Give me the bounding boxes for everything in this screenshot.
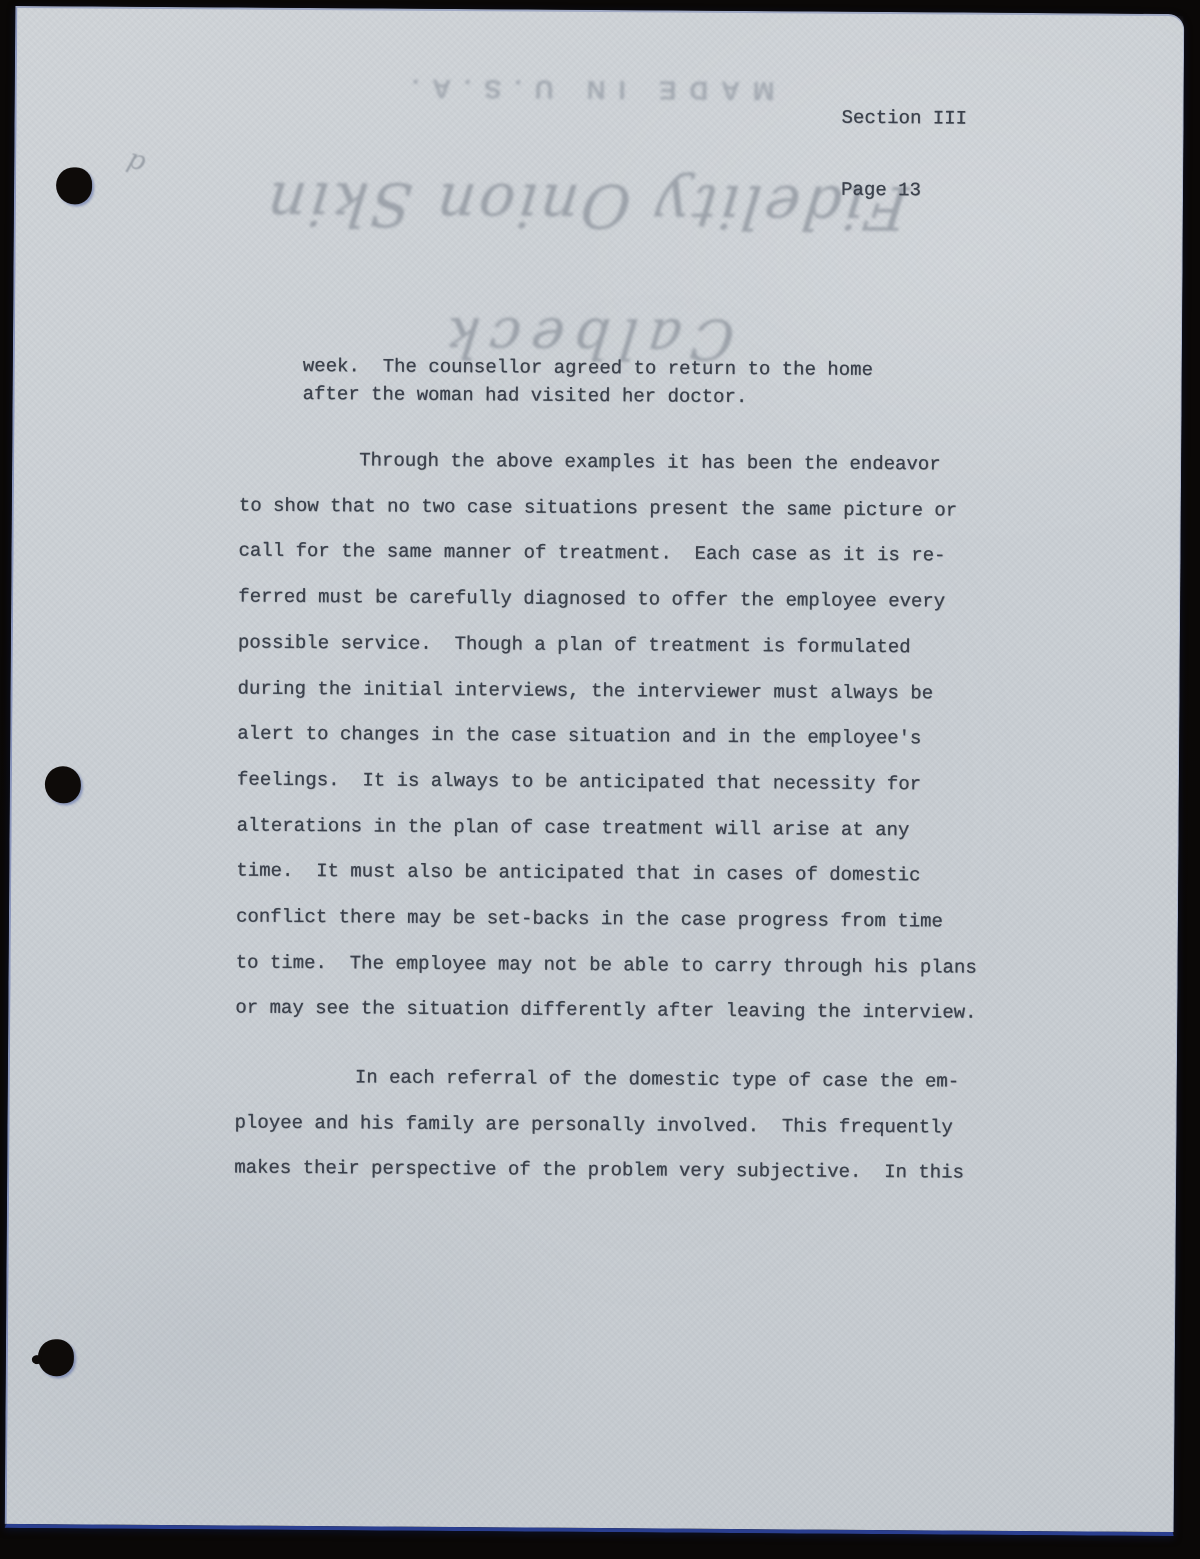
watermark-origin: MADE IN U.S.A. <box>399 73 775 107</box>
text-line: feelings. It is always to be anticipated… <box>237 757 978 808</box>
scanner-background: { "document": { "header": { "section": "… <box>0 0 1200 1559</box>
body-paragraph-2: In each referral of the domestic type of… <box>234 1054 965 1196</box>
text-line: during the initial interviews, the inter… <box>237 666 978 717</box>
pencil-mark: p <box>124 143 150 178</box>
page-number: Page 13 <box>841 178 967 203</box>
page-header: Section III Page 13 <box>841 58 968 251</box>
punch-hole-middle <box>45 766 81 803</box>
text-line: conflict there may be set-backs in the c… <box>236 895 977 946</box>
text-line: after the woman had visited her doctor. <box>303 380 873 412</box>
document-page: Calbeck Fidelity Onion Skin MADE IN U.S.… <box>5 6 1185 1536</box>
text-line: ferred must be carefully diagnosed to of… <box>238 575 979 626</box>
carryover-text: week. The counsellor agreed to return to… <box>303 352 873 412</box>
punch-hole-top <box>56 167 92 204</box>
text-line: call for the same manner of treatment. E… <box>238 529 979 580</box>
text-line: to show that no two case situations pres… <box>239 483 980 534</box>
text-line: possible service. Though a plan of treat… <box>238 620 979 671</box>
body-paragraph-1: Through the above examples it has been t… <box>235 438 980 1037</box>
text-line: to time. The employee may not be able to… <box>235 940 976 991</box>
text-line: makes their perspective of the problem v… <box>234 1146 964 1197</box>
text-line: time. It must also be anticipated that i… <box>236 849 977 900</box>
punch-hole-bottom <box>38 1339 74 1376</box>
section-label: Section III <box>841 106 967 131</box>
text-line: ployee and his family are personally inv… <box>234 1100 964 1151</box>
text-line: alert to changes in the case situation a… <box>237 712 978 763</box>
text-line: or may see the situation differently aft… <box>235 986 976 1037</box>
text-line: alterations in the plan of case treatmen… <box>236 803 977 854</box>
watermark-product: Fidelity Onion Skin <box>260 168 911 242</box>
text-line: Through the above examples it has been t… <box>239 438 980 489</box>
text-line: week. The counsellor agreed to return to… <box>303 352 873 384</box>
text-line: In each referral of the domestic type of… <box>235 1054 965 1105</box>
